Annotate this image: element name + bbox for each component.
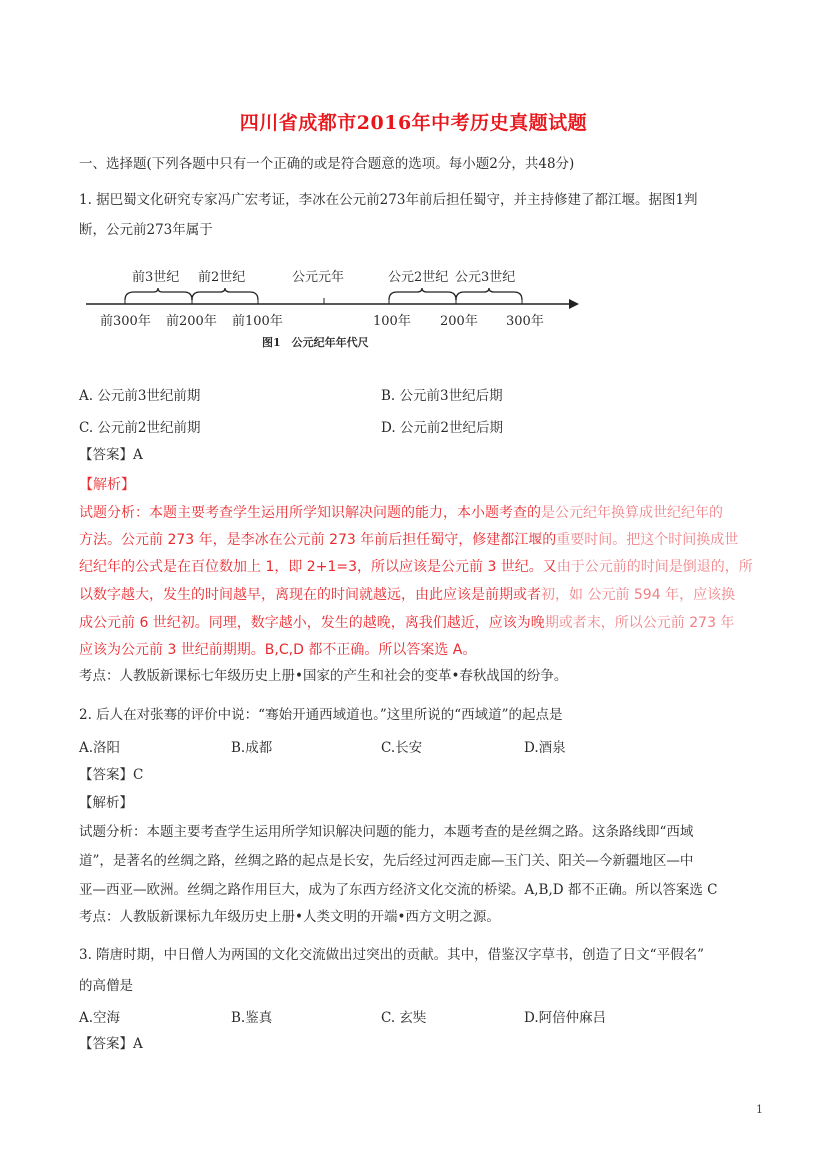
- q3-stem-line2: 的高僧是: [79, 974, 133, 994]
- page-number: 1: [756, 1103, 763, 1116]
- analysis-text-faded: 由于公元前的时间是倒退的，所: [557, 559, 753, 575]
- q1-option-c: C. 公元前2世纪前期: [79, 416, 201, 436]
- q2-analysis-label: 【解析】: [79, 791, 133, 811]
- q2-analysis-line: 道”，是著名的丝绸之路，丝绸之路的起点是长安，先后经过河西走廊—玉门关、阳关—今…: [79, 849, 693, 869]
- label-ad-2nd-century: 公元2世纪: [388, 266, 448, 285]
- label-ad-3rd-century: 公元3世纪: [455, 266, 515, 285]
- label-year-one: 公元元年: [292, 266, 344, 285]
- q1-kaodian: 考点：人教版新课标七年级历史上册•国家的产生和社会的变革•春秋战国的纷争。: [79, 664, 567, 684]
- q2-option-a: A.洛阳: [79, 736, 120, 756]
- q1-analysis-line: 以数字越大，发生的时间越早，离现在的时间就越远，由此应该是前期或者初，如 公元前…: [79, 584, 735, 604]
- q1-analysis-label: 【解析】: [79, 474, 135, 494]
- q3-option-b: B.鉴真: [231, 1006, 272, 1026]
- page-title: 四川省成都市2016年中考历史真题试题: [0, 108, 827, 135]
- tick-300ad: 300年: [506, 310, 544, 329]
- q2-analysis-line: 试题分析：本题主要考查学生运用所学知识解决问题的能力，本题考查的是丝绸之路。这条…: [79, 820, 693, 840]
- tick-100ad: 100年: [373, 310, 411, 329]
- analysis-text-faded: 是公元纪年换算成世纪纪年的: [541, 505, 723, 521]
- q2-answer: 【答案】C: [79, 763, 143, 783]
- q1-stem-line2: 断，公元前273年属于: [79, 218, 213, 238]
- section-heading: 一、选择题(下列各题中只有一个正确的或是符合题意的选项。每小题2分，共48分): [79, 152, 574, 172]
- analysis-text: 纪纪年的公式是在百位数加上 1，即 2+1=3，所以应该是公元前 3 世纪。又: [79, 559, 557, 575]
- timeline-figure: 前3世纪 前2世纪 公元元年 公元2世纪 公元3世纪 前300年 前200年 前…: [84, 262, 584, 352]
- q1-option-b: B. 公元前3世纪后期: [381, 384, 503, 404]
- q2-analysis-line: 亚—西亚—欧洲。丝绸之路作用巨大，成为了东西方经济文化交流的桥梁。A,B,D 都…: [79, 878, 718, 898]
- tick-200bc: 前200年: [166, 310, 217, 329]
- q1-answer: 【答案】A: [79, 443, 143, 463]
- tick-200ad: 200年: [440, 310, 478, 329]
- q2-option-d: D.酒泉: [524, 736, 566, 756]
- q2-stem: 2. 后人在对张骞的评价中说：“骞始开通西域道也。”这里所说的“西域道”的起点是: [79, 703, 563, 723]
- q3-option-a: A.空海: [79, 1006, 120, 1026]
- label-bc-2nd-century: 前2世纪: [198, 266, 245, 285]
- analysis-text-faded: 初，如 公元前 594 年，应该换: [541, 587, 735, 603]
- q3-answer: 【答案】A: [79, 1032, 143, 1052]
- tick-300bc: 前300年: [100, 310, 151, 329]
- q1-option-a: A. 公元前3世纪前期: [79, 384, 200, 404]
- analysis-text: 试题分析：本题主要考查学生运用所学知识解决问题的能力，本小题考查的: [79, 505, 541, 521]
- label-bc-3rd-century: 前3世纪: [132, 266, 179, 285]
- figure-caption: 图1 公元纪年年代尺: [262, 334, 369, 350]
- q3-option-d: D.阿倍仲麻吕: [524, 1006, 606, 1026]
- analysis-text: 成公元前 6 世纪初。同理，数字越小，发生的越晚，离我们越近，应该为晚: [79, 615, 545, 631]
- q1-analysis-line: 试题分析：本题主要考查学生运用所学知识解决问题的能力，本小题考查的是公元纪年换算…: [79, 502, 723, 522]
- analysis-text-faded: 期或者末，所以公元前 273 年: [545, 615, 735, 631]
- q2-option-c: C.长安: [381, 736, 422, 756]
- analysis-text: 应该为公元前 3 世纪前期期。B,C,D 都不正确。所以答案选 A。: [79, 642, 476, 658]
- analysis-text-faded: 重要时间。把这个时间换成世: [556, 532, 738, 548]
- document-page: 四川省成都市2016年中考历史真题试题 一、选择题(下列各题中只有一个正确的或是…: [0, 0, 827, 1169]
- q1-stem-line1: 1. 据巴蜀文化研究专家冯广宏考证，李冰在公元前273年前后担任蜀守，并主持修建…: [79, 188, 698, 208]
- q2-kaodian: 考点：人教版新课标九年级历史上册•人类文明的开端•西方文明之源。: [79, 905, 500, 925]
- q1-analysis-line: 方法。公元前 273 年，是李冰在公元前 273 年前后担任蜀守，修建都江堰的重…: [79, 529, 738, 549]
- q1-analysis-line: 纪纪年的公式是在百位数加上 1，即 2+1=3，所以应该是公元前 3 世纪。又由…: [79, 556, 753, 576]
- tick-100bc: 前100年: [232, 310, 283, 329]
- analysis-text: 方法。公元前 273 年，是李冰在公元前 273 年前后担任蜀守，修建都江堰的: [79, 532, 556, 548]
- q3-stem-line1: 3. 隋唐时期，中日僧人为两国的文化交流做出过突出的贡献。其中，借鉴汉字草书，创…: [79, 943, 704, 963]
- q1-option-d: D. 公元前2世纪后期: [381, 416, 503, 436]
- analysis-text: 以数字越大，发生的时间越早，离现在的时间就越远，由此应该是前期或者: [79, 587, 541, 603]
- q2-option-b: B.成都: [231, 736, 272, 756]
- q3-option-c: C. 玄奘: [381, 1006, 426, 1026]
- q1-analysis-line: 成公元前 6 世纪初。同理，数字越小，发生的越晚，离我们越近，应该为晚期或者末，…: [79, 612, 734, 632]
- q1-analysis-line: 应该为公元前 3 世纪前期期。B,C,D 都不正确。所以答案选 A。: [79, 639, 476, 659]
